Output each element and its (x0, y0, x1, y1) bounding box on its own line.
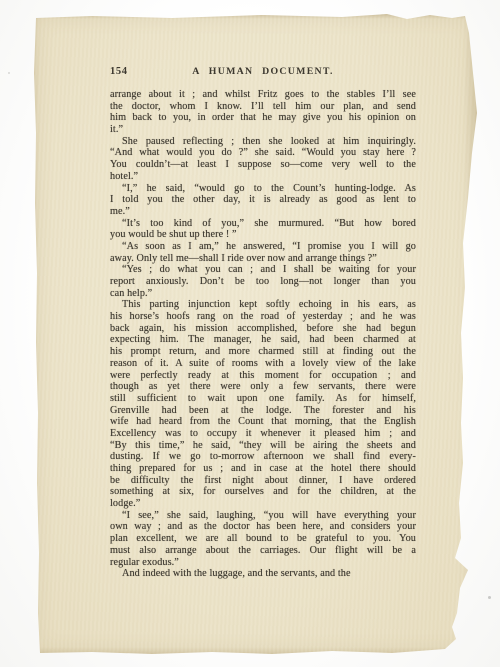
text-line: dusting. If we go to-morrow afternoon we… (110, 451, 416, 463)
text-line: You couldn’t—at least I suppose so—come … (110, 159, 416, 171)
paragraph: “I see,” she said, laughing, “you will h… (110, 510, 416, 568)
text-line: arrange about it ; and whilst Fritz goes… (110, 89, 416, 101)
text-line: me.” (110, 206, 416, 218)
paper-speck (328, 304, 331, 307)
text-line: the doctor, whom I know. I’ll tell him o… (110, 101, 416, 113)
page-number: 154 (110, 66, 128, 77)
paragraph: arrange about it ; and whilst Fritz goes… (110, 89, 416, 136)
book-page: 154 A HUMAN DOCUMENT. arrange about it ;… (32, 13, 478, 655)
running-title: A HUMAN DOCUMENT. (110, 66, 416, 77)
paragraph: This parting injunction kept softly echo… (110, 299, 416, 509)
text-line: Grenville had been at the lodge. The for… (110, 405, 416, 417)
text-line: Excellency was to occupy it whenever it … (110, 428, 416, 440)
text-line: expecting him. The manager, he said, had… (110, 334, 416, 346)
text-line: She paused reflecting ; then she looked … (110, 136, 416, 148)
text-line: thing prepared for us ; and in case at t… (110, 463, 416, 475)
text-line: his horse’s hoofs rang on the road of ye… (110, 311, 416, 323)
text-line: away. Only tell me—shall I ride over now… (110, 253, 416, 265)
text-line: you would be shut up there ! ” (110, 229, 416, 241)
paragraph: And indeed with the luggage, and the ser… (110, 568, 416, 580)
text-line: “I see,” she said, laughing, “you will h… (110, 510, 416, 522)
photo-background: 154 A HUMAN DOCUMENT. arrange about it ;… (0, 0, 500, 667)
text-line: plan excellent, we are all bound to be g… (110, 533, 416, 545)
text-line: be difficulty the first night about dinn… (110, 475, 416, 487)
text-line: reason of it. A suite of rooms with a lo… (110, 358, 416, 370)
paragraph: “I,” he said, “would go to the Count’s h… (110, 183, 416, 218)
paragraph: “Yes ; do what you can ; and I shall be … (110, 264, 416, 299)
text-line: “And what would you do ?” she said. “Wou… (110, 147, 416, 159)
text-line: must also arrange about the carriages. O… (110, 545, 416, 557)
text-line: though as yet there were only a few serv… (110, 381, 416, 393)
text-line: back again, his mission accomplished, be… (110, 323, 416, 335)
text-line: This parting injunction kept softly echo… (110, 299, 416, 311)
paragraph: “It’s too kind of you,” she murmured. “B… (110, 218, 416, 241)
text-line: wife had heard from the Count that morni… (110, 416, 416, 428)
text-line: “It’s too kind of you,” she murmured. “B… (110, 218, 416, 230)
text-line: him back to you, in order that he may gi… (110, 112, 416, 124)
text-line: were perfectly ready at this moment for … (110, 370, 416, 382)
text-line: it.” (110, 124, 416, 136)
page-text: arrange about it ; and whilst Fritz goes… (110, 89, 416, 580)
running-header: 154 A HUMAN DOCUMENT. (110, 66, 416, 79)
dust-speck (8, 72, 10, 74)
paragraph: “As soon as I am,” he answered, “I promi… (110, 241, 416, 264)
text-line: lodge.” (110, 498, 416, 510)
text-line: hotel.” (110, 171, 416, 183)
text-line: “As soon as I am,” he answered, “I promi… (110, 241, 416, 253)
paragraph: She paused reflecting ; then she looked … (110, 136, 416, 183)
text-line: own way ; and as the doctor has been her… (110, 521, 416, 533)
text-line: his prompt return, and more charmed stil… (110, 346, 416, 358)
text-line: something at six, for ourselves and for … (110, 486, 416, 498)
text-line: “Yes ; do what you can ; and I shall be … (110, 264, 416, 276)
text-line: can help.” (110, 288, 416, 300)
text-line: “By this time,” he said, “they will be a… (110, 440, 416, 452)
dust-speck (488, 596, 491, 599)
text-line: still sufficient to wait upon one family… (110, 393, 416, 405)
text-line: “I,” he said, “would go to the Count’s h… (110, 183, 416, 195)
text-line: report anxiously. Don’t be too long—not … (110, 276, 416, 288)
text-line: I told you the other day, it is already … (110, 194, 416, 206)
text-line: And indeed with the luggage, and the ser… (110, 568, 416, 580)
text-line: regular exodus.” (110, 557, 416, 569)
